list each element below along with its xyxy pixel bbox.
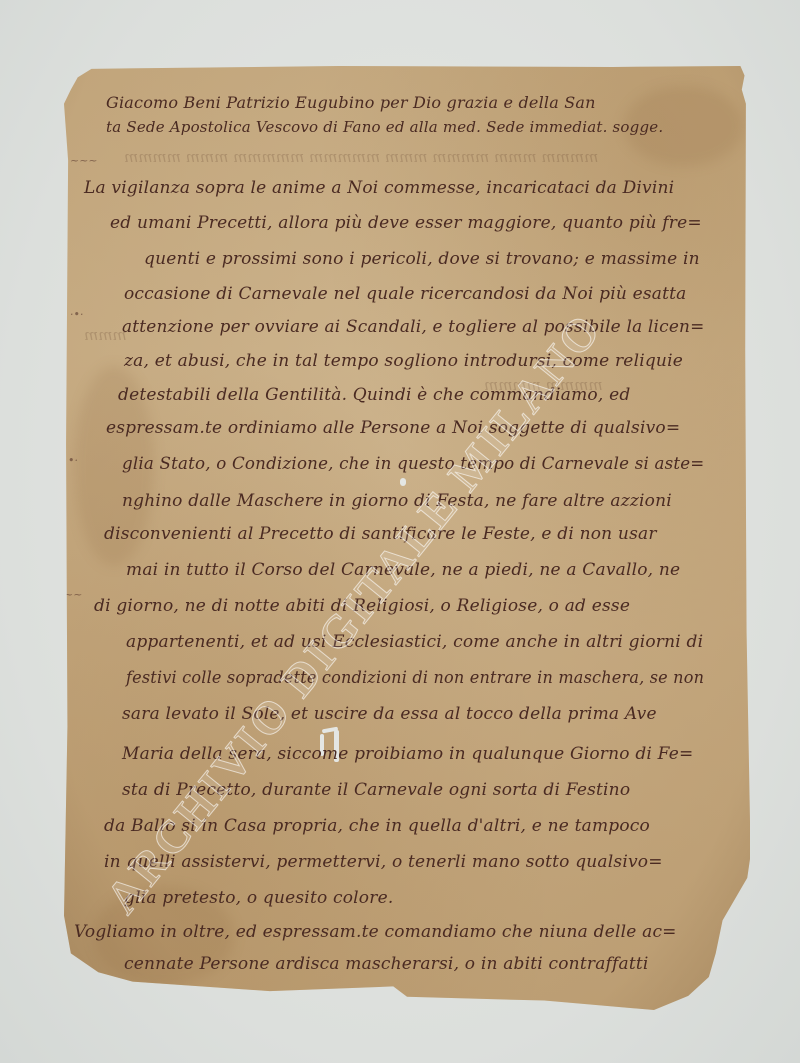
body-line: attenzione per ovviare ai Scandali, e to… — [122, 317, 704, 337]
header-line: Giacomo Beni Patrizio Eugubino per Dio g… — [106, 93, 596, 112]
body-line: za, et abusi, che in tal tempo sogliono … — [124, 351, 683, 371]
body-line: festivi colle sopradette condizioni di n… — [126, 668, 704, 688]
body-line: glia pretesto, o quesito colore. — [124, 888, 393, 908]
body-line: occasione di Carnevale nel quale ricerca… — [124, 284, 687, 304]
body-line: espressam.te ordiniamo alle Persone a No… — [106, 418, 680, 438]
body-line: quenti e prossimi sono i pericoli, dove … — [144, 249, 700, 269]
body-line: ed umani Precetti, allora più deve esser… — [110, 213, 702, 233]
header-line: ta Sede Apostolica Vescovo di Fano ed al… — [106, 118, 663, 136]
body-line: glia Stato, o Condizione, che in questo … — [122, 454, 704, 474]
body-line: cennate Persone ardisca mascherarsi, o i… — [124, 954, 649, 974]
body-line: appartenenti, et ad usi Ecclesiastici, c… — [126, 632, 703, 652]
body-line: nghino dalle Maschere in giorno di Festa… — [122, 491, 672, 511]
body-line: sara levato il Sole, et uscire da essa a… — [122, 704, 657, 724]
body-line: La vigilanza sopra le anime a Noi commes… — [84, 178, 674, 198]
body-line: Vogliamo in oltre, ed espressam.te coman… — [74, 922, 677, 942]
